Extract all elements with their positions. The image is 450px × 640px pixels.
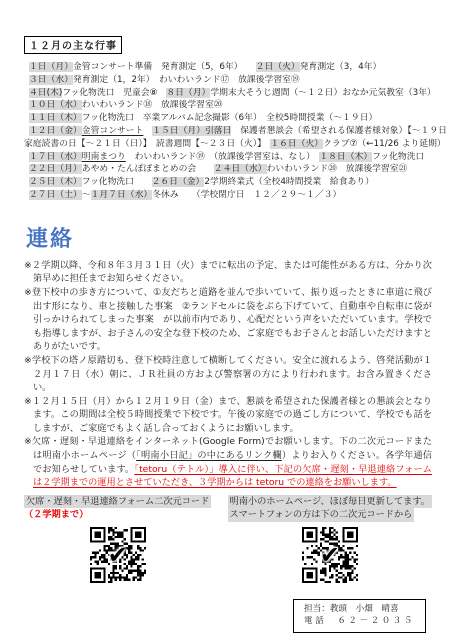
schedule-row: １１日（木）フッ化物洗口 卒業アルバム記念撮影（6年） 全校5時間授業（～１９日…	[24, 112, 432, 125]
homepage-label-line2: スマートフォンの方は下の二次元コードから	[228, 508, 415, 522]
schedule-segment: フッ化物洗口 児童会⑧	[62, 88, 166, 98]
schedule-segment: わいわいランド⑱ 放課後学習室⑳	[82, 100, 223, 110]
schedule-segment: 2学期終業式（全校4時間授業 給食あり）	[204, 177, 374, 187]
homepage-label-line1: 明南小のホームページ、ほぼ毎日更新してます。	[228, 495, 432, 509]
schedule-title: １２月の主な行事	[24, 36, 122, 54]
notice-paragraph: ※１２月１５日（月）から１２月１９日（金）まで、懇談を希望された保護者様との懇談…	[24, 395, 432, 436]
notice-segment: ※登下校中の歩き方について、①友だちと道路を並んで歩いていて、振り返ったときに車…	[24, 287, 432, 352]
schedule-row: １０日（水）わいわいランド⑱ 放課後学習室⑳	[24, 99, 432, 112]
contact-person: 担当：教頭 小畑 晴喜	[304, 603, 415, 616]
check-icon: ✔	[90, 527, 146, 583]
schedule-segment: 発育測定（1，2年） わいわいランド⑰ 放課後学習室⑲	[73, 75, 300, 85]
schedule-row: １日（月）金管コンサート準備 発育測定（5，6年） ２日（火）発育測定（3，4年…	[24, 61, 432, 74]
schedule-row: ４日(木)フッ化物洗口 児童会⑧ ８日（月）学期末大そうじ週間（～１２日）おなか…	[24, 87, 432, 100]
qr-code-homepage: ✔	[302, 527, 358, 583]
schedule-segment: 発育測定（3，4年）	[300, 62, 382, 72]
schedule-segment: ４日(木)	[29, 88, 62, 98]
schedule-segment: ２７日（土）	[29, 190, 82, 200]
qr-section: 欠席・遅刻・早退連絡フォーム二次元コード （２学期まで） ✔ 明南小のホームペー…	[24, 495, 432, 583]
schedule-segment: １２日（金）	[29, 126, 82, 136]
notice-segment: ※１２月１５日（月）から１２月１９日（金）まで、懇談を希望された保護者様との懇談…	[24, 396, 432, 434]
schedule-segment: １８日（木）	[319, 152, 372, 162]
schedule-segment: １６日（火）	[270, 139, 323, 149]
contact-phone: 電話 ６２－２０３５	[304, 615, 415, 628]
schedule-row: ２２日（月）あやめ・たんぽぽまとめの会 ２４日（水）わいわいランド⑳ 放課後学習…	[24, 163, 432, 176]
notice-paragraph: ※登下校中の歩き方について、①友だちと道路を並んで歩いていて、振り返ったときに車…	[24, 286, 432, 354]
schedule-segment: 金管コンサート	[82, 126, 144, 136]
schedule-segment: ２６日（金）	[152, 177, 205, 187]
notice-segment: 「明南小日記」の中にあるリンク欄	[136, 450, 282, 461]
attendance-form-term-note: （２学期まで）	[24, 508, 88, 522]
notice-segment: ※学校下の塔ノ原踏切も、登下校時注意して横断してください。安全に渡れるよう、啓発…	[24, 355, 432, 393]
schedule-segment: わいわいランド⑳ 放課後学習室㉑	[267, 164, 408, 174]
schedule-segment: 学期末大そうじ週間（～１２日）おなか元気教室（3年）	[210, 88, 436, 98]
schedule-segment: 家庭読書の日【～２１日（日）】 読書週間【～２３日（火）】	[24, 139, 270, 149]
schedule-row: ３日（水）発育測定（1，2年） わいわいランド⑰ 放課後学習室⑲	[24, 74, 432, 87]
schedule-segment: 冬休み （学校閉庁日 １２／２９～１／３）	[152, 190, 341, 200]
schedule-segment: ２日（火）	[256, 62, 300, 72]
schedule-segment: ８日（月）	[166, 88, 210, 98]
schedule-segment: ２５日（木）	[29, 177, 82, 187]
schedule-segment: 保護者懇談会（希望される保護者様対象）【～１９日（金）】	[231, 126, 450, 136]
schedule-row: 家庭読書の日【～２１日（日）】 読書週間【～２３日（火）】 １６日（火）クラブ⑦…	[24, 138, 432, 151]
notice-paragraph: ※欠席・遅刻・早退連絡をインターネット(Google Form)でお願いします。…	[24, 435, 432, 489]
schedule-segment: １１日（木）	[29, 113, 82, 123]
homepage-qr-block: 明南小のホームページ、ほぼ毎日更新してます。 スマートフォンの方は下の二次元コー…	[228, 495, 432, 583]
schedule-segment: クラブ⑦（←11/26 より延期）	[323, 139, 446, 149]
notice-segment: ※２学期以降、令和８年３月３１日（火）までに転出の予定、または可能性がある方は、…	[24, 260, 432, 285]
schedule-segment: フッ化物洗口	[82, 177, 152, 187]
schedule-row: １２日（金）金管コンサート １５日（月）引落日 保護者懇談会（希望される保護者様…	[24, 125, 432, 138]
contact-box: 担当：教頭 小畑 晴喜 電話 ６２－２０３５	[293, 599, 426, 633]
check-icon: ✔	[302, 527, 358, 583]
qr-code-attendance-form: ✔	[90, 527, 146, 583]
notices-body: ※２学期以降、令和８年３月３１日（火）までに転出の予定、または可能性がある方は、…	[24, 259, 432, 490]
schedule-segment: １日（月）	[29, 62, 73, 72]
schedule-segment: ２２日（月）	[29, 164, 82, 174]
schedule-row: １７日（水）明南まつり わいわいランド⑲ （放課後学習室は、なし） １８日（木）…	[24, 151, 432, 164]
schedule-segment: ２４日（水）	[214, 164, 267, 174]
attendance-form-label: 欠席・遅刻・早退連絡フォーム二次元コード	[24, 495, 211, 509]
schedule-segment: 明南まつり	[82, 152, 126, 162]
schedule-segment: ３日（水）	[29, 75, 73, 85]
schedule-section: １２月の主な行事 １日（月）金管コンサート準備 発育測定（5，6年） ２日（火）…	[24, 34, 432, 202]
attendance-form-qr-block: 欠席・遅刻・早退連絡フォーム二次元コード （２学期まで） ✔	[24, 495, 211, 583]
schedule-row: ２５日（木）フッ化物洗口 ２６日（金）2学期終業式（全校4時間授業 給食あり）	[24, 176, 432, 189]
schedule-segment: １０日（水）	[29, 100, 82, 110]
schedule-rows: １日（月）金管コンサート準備 発育測定（5，6年） ２日（火）発育測定（3，4年…	[24, 61, 432, 202]
notice-paragraph: ※２学期以降、令和８年３月３１日（火）までに転出の予定、または可能性がある方は、…	[24, 259, 432, 286]
schedule-segment: １５日（月）	[152, 126, 205, 136]
schedule-segment: １７日（水）	[29, 152, 82, 162]
schedule-segment: 引落日	[205, 126, 231, 136]
contact-area: 担当：教頭 小畑 晴喜 電話 ６２－２０３５	[24, 599, 432, 633]
schedule-row: ２７日（土）～１月７日（水）冬休み （学校閉庁日 １２／２９～１／３）	[24, 189, 432, 202]
schedule-segment	[143, 126, 152, 136]
schedule-segment: １月７日（水）	[91, 190, 153, 200]
newsletter-page: １２月の主な行事 １日（月）金管コンサート準備 発育測定（5，6年） ２日（火）…	[0, 0, 450, 633]
schedule-segment: 金管コンサート準備 発育測定（5，6年）	[73, 62, 256, 72]
schedule-segment: フッ化物洗口	[372, 152, 424, 162]
schedule-segment: あやめ・たんぽぽまとめの会	[82, 164, 214, 174]
schedule-segment: フッ化物洗口 卒業アルバム記念撮影（6年） 全校5時間授業（～１９日）	[82, 113, 378, 123]
schedule-segment: わいわいランド⑲ （放課後学習室は、なし）	[126, 152, 320, 162]
notices-heading: 連絡	[26, 222, 432, 253]
schedule-segment: ～	[82, 190, 91, 200]
notice-paragraph: ※学校下の塔ノ原踏切も、登下校時注意して横断してください。安全に渡れるよう、啓発…	[24, 354, 432, 395]
